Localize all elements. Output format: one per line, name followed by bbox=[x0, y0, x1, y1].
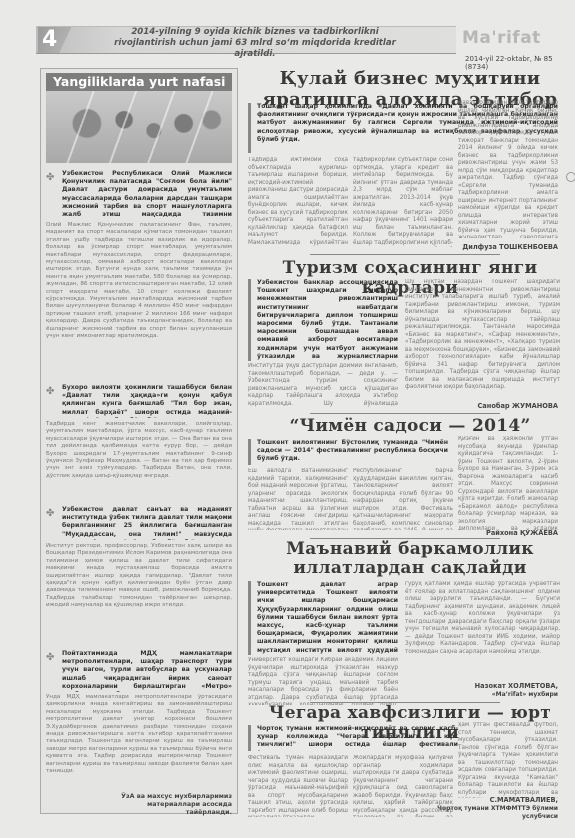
article-2-lead: Ўзбекистон банклар ассоциациясида Тошкен… bbox=[248, 279, 398, 361]
article-4-headline: Маънавий баркамоллик иллатлардан сақлайд… bbox=[245, 540, 575, 578]
article-3-lead: Тошкент вилоятининг Бўстонлиқ туманида "… bbox=[248, 439, 448, 465]
article-5-lead: Чортоқ тумани ижтимоий-иқтисодиёт ва сер… bbox=[248, 725, 458, 751]
digest-item-4-lead: Пойтахтимизда МДҲ мамлакатлари метрополи… bbox=[62, 650, 232, 692]
digest-item-4-body: Унда МДҲ мамлакатлари метрополитенлари ў… bbox=[46, 694, 232, 789]
digest-item-2-body: Тадбирда кенг жамоатчилик вакиллари, оли… bbox=[46, 421, 232, 503]
article-5-author-title: Чортоқ тумани ХТМФМТТЭ бўлими услубчиси bbox=[400, 805, 558, 821]
header-banner-text: 2014-yilning 9 oyida kichik biznes va ta… bbox=[105, 27, 405, 60]
article-4-author-title: «Ma’rifat» мухбири bbox=[400, 691, 558, 698]
article-2-column-1: Институтда ўқув дастурлари доимий янгила… bbox=[248, 363, 398, 407]
article-1-column-2: тадбиркорлик субъектлари сони ортмоқда, … bbox=[353, 157, 453, 247]
divider bbox=[310, 254, 500, 255]
photo-collage bbox=[46, 91, 232, 163]
article-3-column-1: Ёш авлодга Ватанимизнинг қадимий тарихи,… bbox=[248, 468, 348, 530]
article-5-column-3: ҳам ўтган фестивалда футбол, стол теннис… bbox=[458, 722, 558, 798]
article-5-author: С.МАМАТВАЛИЕВ, bbox=[400, 796, 558, 804]
article-3-headline: “Чимён садоси — 2014” bbox=[245, 416, 575, 436]
article-1-author: Дилфуза ТОШКЕНБОЕВА bbox=[400, 243, 558, 251]
digest-item-1-lead: Ўзбекистон Республикаси Олий Мажлиси Қон… bbox=[62, 170, 232, 220]
scan-artifact bbox=[566, 172, 575, 182]
flower-ornament-icon: ✤ bbox=[46, 386, 54, 397]
digest-item-1-body: Олий Мажлис Қонунчилик палатасининг Фан,… bbox=[46, 222, 232, 379]
page-number: 4 bbox=[38, 27, 86, 53]
rubric-title: Yangiliklarda yurt nafasi bbox=[46, 73, 232, 91]
divider bbox=[310, 413, 500, 414]
digest-item-3-body: Институт ректори, профессорлар, Ўзбекист… bbox=[46, 543, 232, 645]
article-4-lead: Тошкент давлат аграр университетида Тошк… bbox=[248, 581, 398, 655]
article-4-column-2: гуруҳ қатлами ҳамда ёшлар ўртасида учраё… bbox=[405, 581, 560, 677]
article-3-column-3: Қизғин ва ҳаяжонли ўтган мусобақа якунид… bbox=[458, 436, 558, 530]
article-2-author: Санобар ЖУМАНОВА bbox=[400, 402, 558, 410]
flower-ornament-icon: ✤ bbox=[46, 172, 54, 183]
article-3-column-2: Республиканинг барча ҳудудларидан вакилл… bbox=[353, 468, 453, 530]
article-4-author: Назокат ХОЛМЕТОВА, bbox=[400, 682, 558, 690]
digest-signoff: ЎзА ва махсус мухбирларимиз материаллари… bbox=[120, 793, 232, 817]
article-1-column-3: мавзу юзасидан чора-тадбирлар ишлаб чиқи… bbox=[458, 100, 558, 238]
article-2-column-2: Шу нуқтаи назардан Тошкент шаҳридаги Син… bbox=[405, 279, 560, 397]
flower-ornament-icon: ✤ bbox=[46, 508, 54, 519]
digest-item-2-lead: Бухоро вилояти ҳокимлиги ташаббуси билан… bbox=[62, 384, 232, 418]
article-5-column-1: Фестиваль туман марказидаги олис маҳалла… bbox=[248, 755, 348, 817]
article-1-column-1: Тадбирда ижтимоий соҳа объектларида қури… bbox=[248, 157, 348, 247]
article-4-column-1: Университет кошидаги Кибрай академик лиц… bbox=[248, 657, 398, 705]
flower-ornament-icon: ✤ bbox=[46, 652, 54, 663]
digest-item-3-lead: Ўзбекистон давлат санъат ва маданият инс… bbox=[62, 506, 232, 540]
article-3-author: Райхона ҚЎЖАЕВА bbox=[400, 529, 558, 537]
newspaper-page: 4 2014-yilning 9 oyida kichik biznes va … bbox=[0, 0, 575, 838]
masthead-logo: Ma'rifat bbox=[462, 28, 541, 48]
